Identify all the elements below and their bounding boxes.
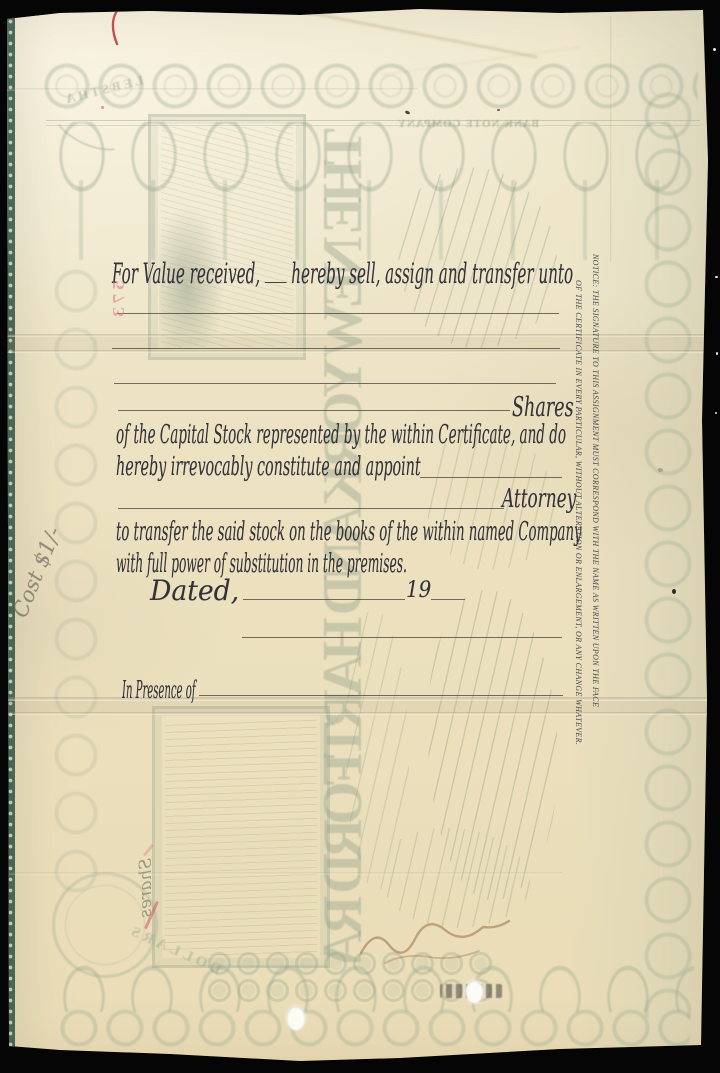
fold-crease — [0, 712, 720, 715]
witness-label: In Presence of — [122, 676, 195, 704]
sell-assign-text: hereby sell, assign and transfer unto — [291, 257, 573, 290]
dated-label: Dated, — [150, 574, 239, 607]
background-speck — [715, 412, 717, 414]
ghost-mirrored-signature — [355, 915, 515, 970]
ghost-bank-note-imprint: BANK NOTE COMPANY — [378, 118, 558, 134]
stain-speck — [658, 468, 663, 472]
year-prefix: 19 — [406, 578, 431, 603]
appoint-blank-line — [420, 477, 562, 478]
background-speck — [713, 48, 716, 51]
fold-crease — [0, 334, 720, 337]
constitute-appoint-line: hereby irrevocably constitute and appoin… — [116, 452, 421, 482]
ghost-right-border-chain — [630, 88, 706, 1018]
dated-blank-line — [243, 599, 405, 600]
ghost-left-border-chain — [44, 262, 108, 902]
fold-crease — [0, 872, 562, 875]
notice-line-2: OF THE CERTIFICATE IN EVERY PARTICULAR, … — [570, 254, 587, 762]
signature-notice-block: NOTICE: THE SIGNATURE TO THIS ASSIGNMENT… — [558, 254, 604, 762]
blank-fill-short — [265, 254, 287, 283]
capital-stock-line: of the Capital Stock represented by the … — [116, 420, 566, 450]
blank-line-2 — [112, 348, 560, 349]
blank-line-1 — [117, 313, 559, 314]
blank-line-3 — [114, 383, 556, 384]
punch-hole — [466, 980, 483, 1003]
stain-speck — [101, 106, 104, 109]
background-speck — [716, 352, 718, 355]
certificate-back-paper: THE NEW YORK AND HARTFORD RAILROAD COMPA… — [0, 0, 720, 1073]
year-blank-line — [431, 599, 465, 600]
ghost-serial-number: 573 — [110, 280, 128, 320]
fold-crease — [0, 350, 720, 353]
fold-crease — [0, 697, 720, 701]
wrinkle — [252, 0, 537, 58]
ghost-vignette-frame-top — [148, 114, 306, 360]
ghost-seal-ring — [52, 872, 158, 978]
value-received-line: For Value received, hereby sell, assign … — [112, 254, 573, 290]
shares-blank-line — [118, 410, 510, 411]
ghost-frame-rule — [46, 120, 700, 121]
dirt-speck — [672, 589, 676, 594]
attorney-blank-line — [118, 508, 504, 509]
value-received-text: For Value received, — [112, 257, 260, 290]
notice-line-1: NOTICE: THE SIGNATURE TO THIS ASSIGNMENT… — [587, 254, 604, 762]
red-ink-mark — [104, 2, 130, 46]
ghost-bottom-border-chain — [56, 1006, 690, 1050]
witness-blank-line — [199, 695, 563, 696]
wrinkle — [610, 16, 612, 262]
front-border-edge-strip — [6, 16, 15, 1048]
fold-crease — [0, 88, 418, 91]
background-speck — [715, 276, 718, 278]
transfer-books-line: to transfer the said stock on the books … — [116, 517, 582, 547]
signature-blank-line — [242, 637, 562, 638]
punch-hole — [287, 1006, 305, 1030]
dirt-speck — [497, 109, 500, 111]
photo-stage: THE NEW YORK AND HARTFORD RAILROAD COMPA… — [0, 0, 720, 1073]
